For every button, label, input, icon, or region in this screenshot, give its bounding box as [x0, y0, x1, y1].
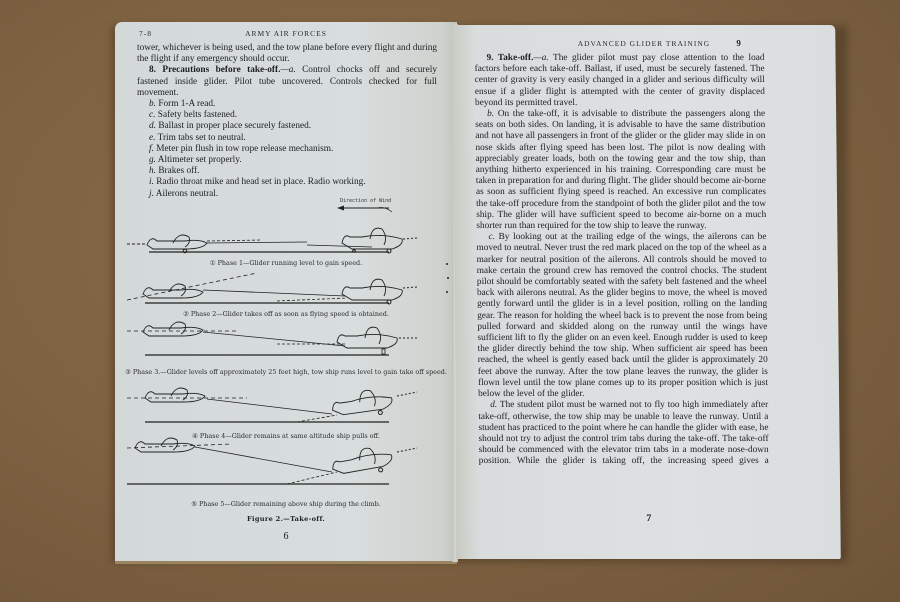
section-9-paragraph: 9. Take-off.—a. The glider pilot must pa…	[474, 53, 765, 109]
paragraph-b: b. On the take-off, it is advisable to d…	[475, 109, 766, 232]
checklist-item: j. Ailerons neutral.	[137, 189, 437, 200]
right-page: ADVANCED GLIDER TRAINING 9 9. Take-off.—…	[452, 25, 841, 559]
phase-4-caption: ④ Phase 4—Glider remains at same altitud…	[121, 432, 451, 440]
ink-spot	[447, 277, 449, 279]
tow-plane-icon	[330, 387, 393, 421]
section-8-paragraph: 8. Precautions before take-off.—a. Contr…	[137, 65, 437, 99]
tow-plane-icon	[342, 228, 402, 253]
checklist-item: c. Safety belts fastened.	[137, 110, 437, 121]
running-header: ADVANCED GLIDER TRAINING	[452, 39, 835, 48]
tow-plane-icon	[330, 444, 394, 480]
left-body-text: tower, whichever is being used, and the …	[137, 43, 437, 200]
page-number: 7	[457, 513, 840, 524]
glider-icon	[147, 235, 207, 253]
ink-spot	[446, 263, 448, 265]
figure-caption: Figure 2.—Take-off.	[121, 515, 451, 523]
paragraph-d: d. The student pilot must be warned not …	[478, 400, 769, 467]
wind-arrow-icon	[337, 204, 397, 214]
paragraph-c: c. By looking out at the trailing edge o…	[476, 232, 768, 400]
phase-4-diagram	[127, 382, 447, 428]
checklist-item: g. Altimeter set properly.	[137, 155, 437, 166]
page-edge	[115, 561, 457, 564]
glider-icon	[143, 322, 203, 336]
checklist-item: h. Brakes off.	[137, 166, 437, 177]
phase-3-caption: ③ Phase 3.—Glider levels off approximate…	[115, 368, 457, 376]
page-number: 6	[115, 531, 457, 542]
checklist-item: e. Trim tabs set to neutral.	[137, 133, 437, 144]
phase-5-diagram	[127, 442, 447, 492]
tow-plane-icon	[342, 279, 402, 304]
checklist-item: f. Meter pin flush in tow rope release m…	[137, 144, 437, 155]
section-9-heading: 9. Take-off.	[486, 53, 533, 63]
phase-1-caption: ① Phase 1—Glider running level to gain s…	[121, 259, 451, 267]
precaution-checklist: b. Form 1-A read. c. Safety belts fasten…	[137, 99, 437, 200]
page-section-number: 9	[736, 38, 742, 48]
checklist-item: i. Radio throat mike and head set in pla…	[137, 177, 437, 188]
running-header: ARMY AIR FORCES	[115, 29, 457, 38]
ink-spot	[446, 291, 448, 293]
phase-2-diagram	[127, 268, 447, 308]
phase-2-caption: ② Phase 2—Glider takes off as soon as fl…	[121, 310, 451, 318]
phase-1-diagram	[127, 217, 447, 257]
tow-plane-icon	[337, 327, 397, 354]
left-page: 7-8 ARMY AIR FORCES tower, whichever is …	[115, 22, 457, 563]
glider-icon	[143, 284, 203, 298]
glider-icon	[145, 388, 205, 402]
continuation-paragraph: tower, whichever is being used, and the …	[137, 43, 437, 65]
right-body-text: 9. Take-off.—a. The glider pilot must pa…	[474, 53, 768, 468]
phase-5-caption: ⑤ Phase 5—Glider remaining above ship du…	[121, 500, 451, 508]
checklist-item: d. Ballast in proper place securely fast…	[137, 121, 437, 132]
glider-icon	[135, 438, 195, 452]
section-8-heading: 8. Precautions before take-off.	[149, 65, 280, 75]
checklist-item: b. Form 1-A read.	[137, 99, 437, 110]
phase-3-diagram	[127, 318, 447, 364]
